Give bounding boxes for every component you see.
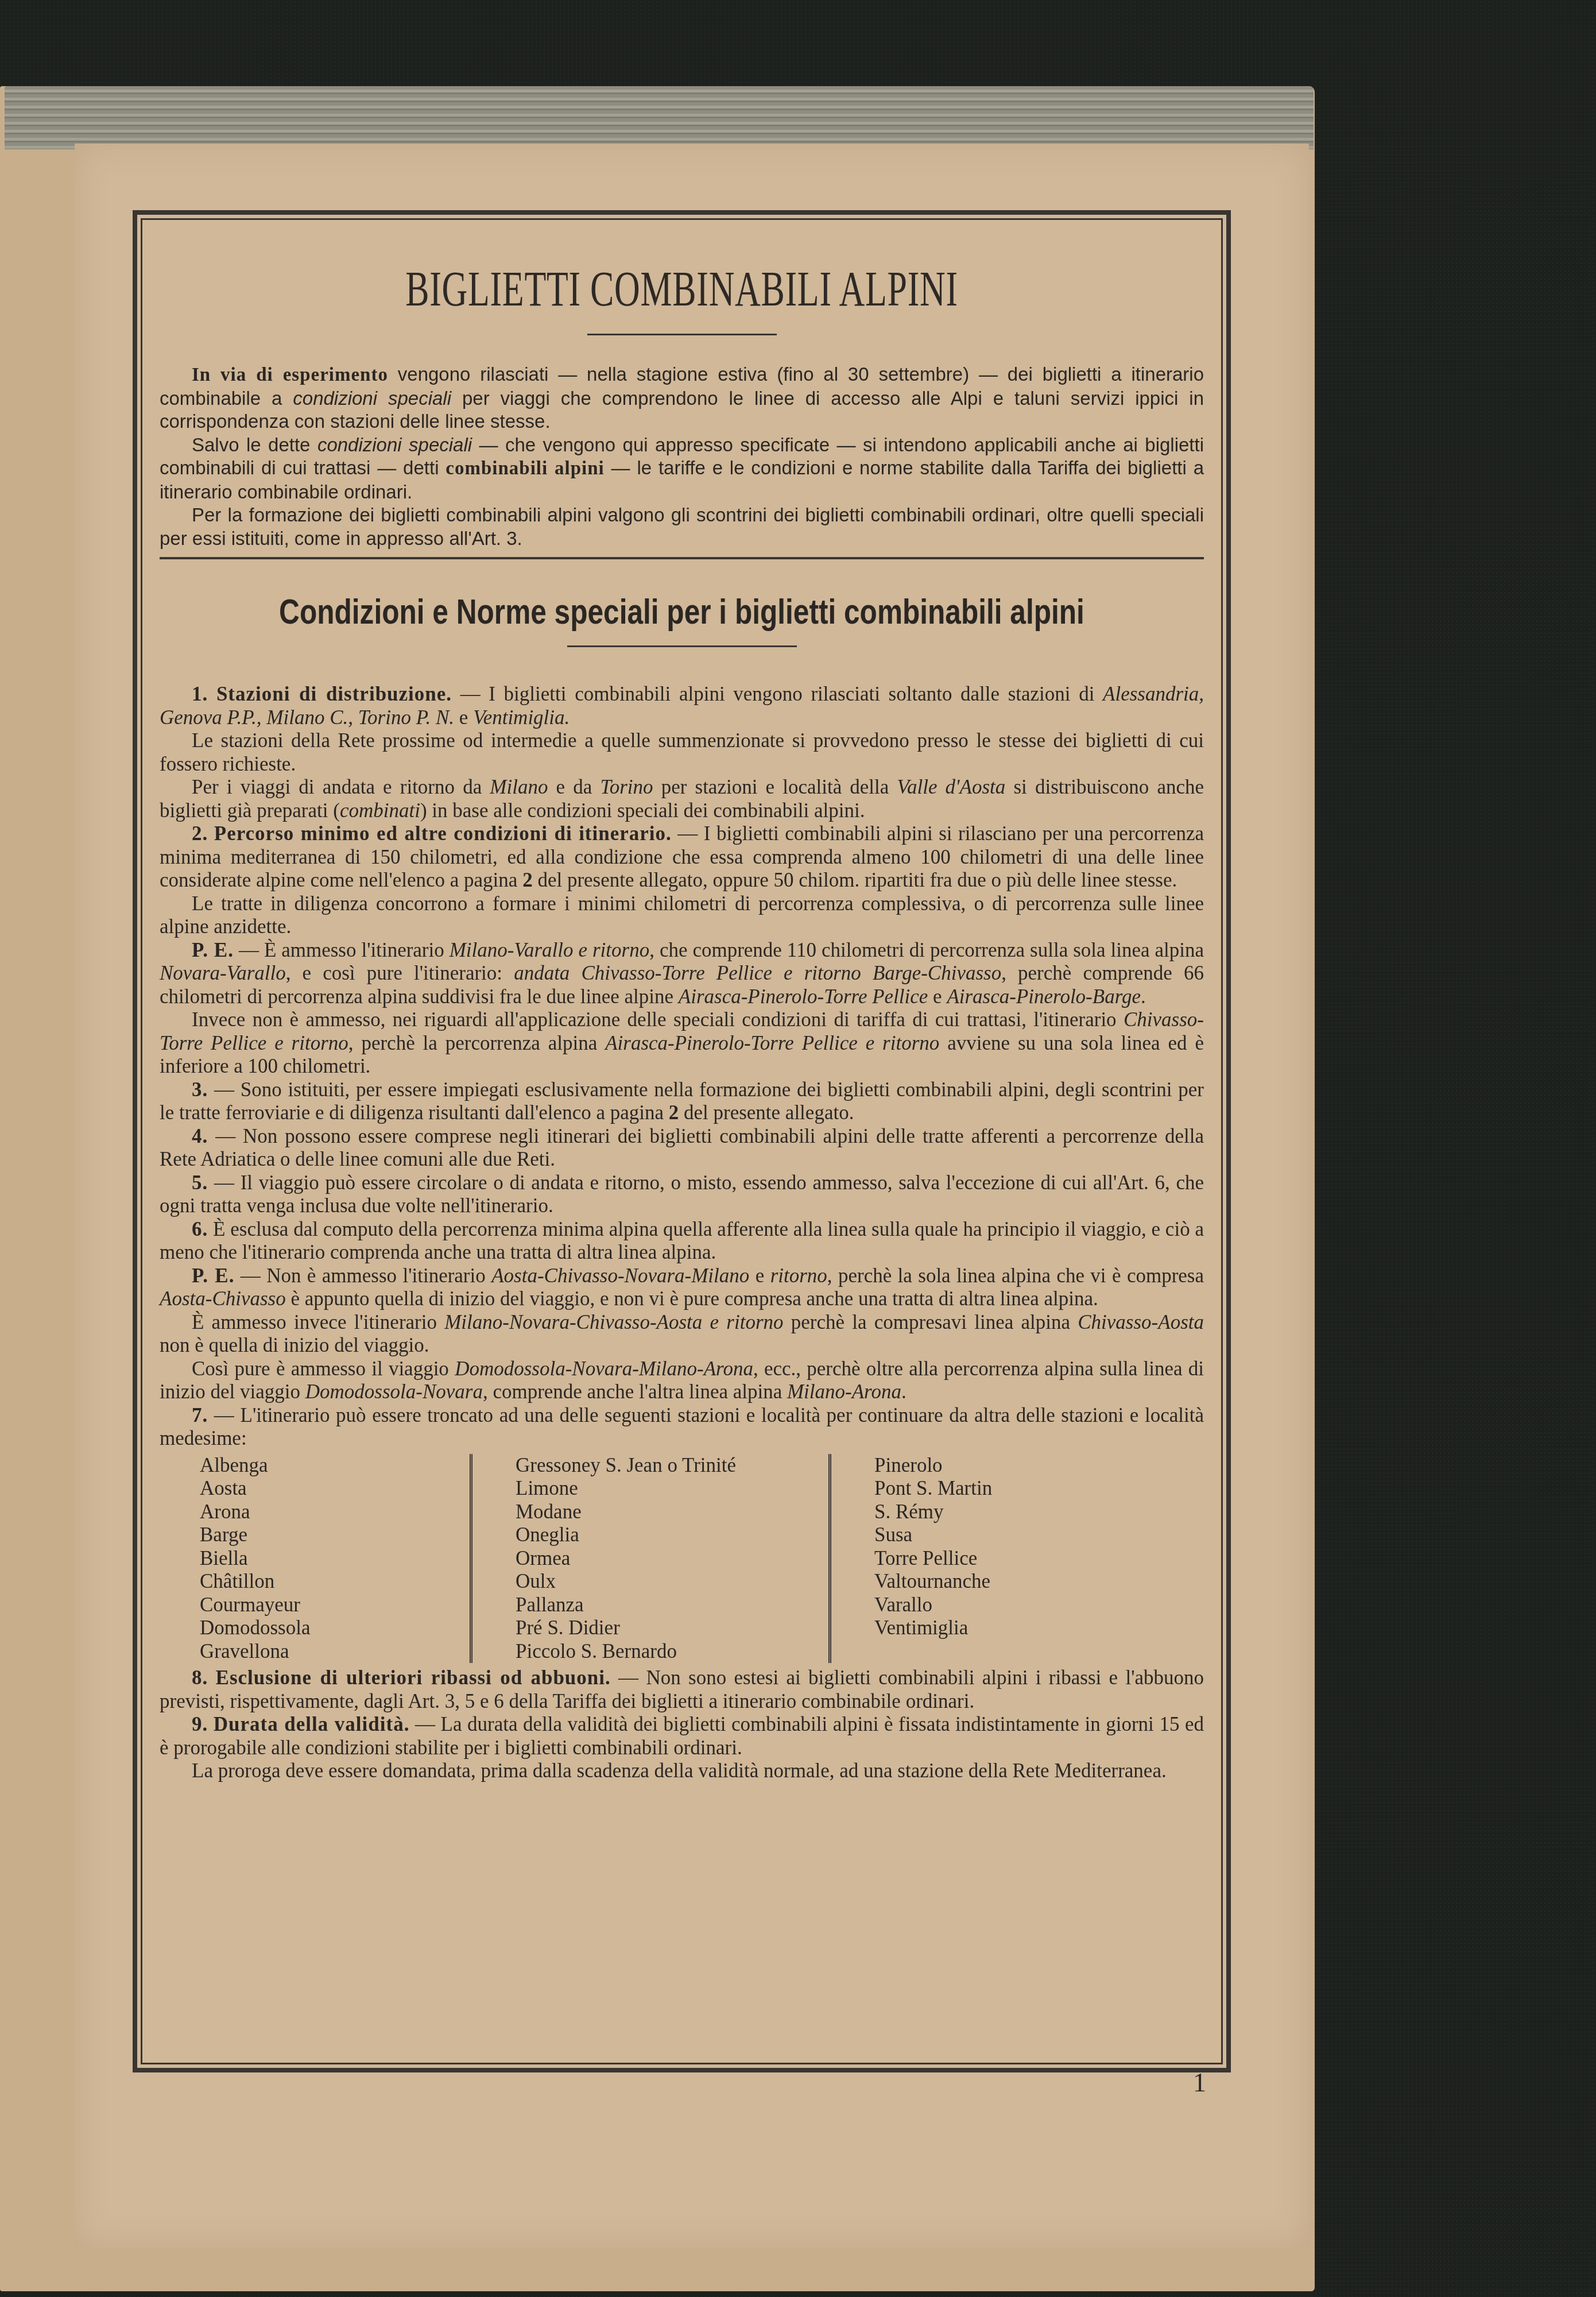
station-item: Albenga (200, 1454, 470, 1478)
article-1-title: Stazioni di distribuzione. (216, 683, 452, 705)
station-item: Biella (200, 1547, 470, 1571)
intro-section: In via di esperimento vengono rilasciati… (160, 363, 1204, 550)
article-6-example: P. E. — Non è ammesso l'itinerario Aosta… (160, 1264, 1204, 1311)
station-item: Modane (516, 1501, 828, 1524)
book-page-edges (5, 86, 1314, 149)
article-5: 5. — Il viaggio può essere circolare o d… (160, 1171, 1204, 1218)
station-item: Pont S. Martin (874, 1477, 992, 1501)
stations-column-2: Gressoney S. Jean o Trinité Limone Modan… (470, 1454, 831, 1664)
station-item: Pré S. Didier (516, 1617, 828, 1640)
station-item: Arona (200, 1501, 470, 1524)
station-item: Domodossola (200, 1617, 470, 1640)
station-item: Courmayeur (200, 1594, 470, 1617)
station-item: Aosta (200, 1477, 470, 1501)
intro-paragraph-3: Per la formazione dei biglietti combinab… (160, 504, 1204, 550)
article-9-paragraph-2: La proroga deve essere domandata, prima … (160, 1760, 1204, 1783)
article-2-title: Percorso minimo ed altre condizioni di i… (214, 822, 672, 845)
title-rule (587, 334, 777, 335)
station-item: Varallo (874, 1594, 992, 1617)
station-item: Barge (200, 1523, 470, 1547)
intro-lead: In via di esperimento (192, 365, 388, 385)
station-item: Pinerolo (874, 1454, 992, 1478)
intro-paragraph-2: Salvo le dette condizioni speciali — che… (160, 434, 1204, 504)
station-item: Piccolo S. Bernardo (516, 1640, 828, 1664)
article-9: 9. Durata della validità. — La durata de… (160, 1713, 1204, 1760)
article-9-title: Durata della validità. (214, 1713, 410, 1735)
article-1: 1. Stazioni di distribuzione. — I biglie… (160, 683, 1204, 729)
station-item: Gressoney S. Jean o Trinité (516, 1454, 828, 1478)
section-heading: Condizioni e Norme speciali per i biglie… (264, 589, 1099, 635)
article-3: 3. — Sono istituiti, per essere impiegat… (160, 1078, 1204, 1125)
station-item: S. Rémy (874, 1501, 992, 1524)
station-item: Oneglia (516, 1523, 828, 1547)
station-item: Pallanza (516, 1594, 828, 1617)
page-number: 1 (1193, 2067, 1206, 2098)
section-divider (160, 557, 1204, 559)
station-item: Ventimiglia (874, 1617, 992, 1640)
article-2: 2. Percorso minimo ed altre condizioni d… (160, 822, 1204, 892)
article-4: 4. — Non possono essere comprese negli i… (160, 1125, 1204, 1171)
station-item: Ormea (516, 1547, 828, 1571)
article-2-example: P. E. — È ammesso l'itinerario Milano-Va… (160, 939, 1204, 1009)
station-item: Gravellona (200, 1640, 470, 1664)
station-item: Valtournanche (874, 1570, 992, 1594)
stations-column-3: Pinerolo Pont S. Martin S. Rémy Susa Tor… (831, 1454, 992, 1664)
page-frame: BIGLIETTI COMBINABILI ALPINI In via di e… (141, 218, 1223, 2064)
article-6-paragraph-3: È ammesso invece l'itinerario Milano-Nov… (160, 1311, 1204, 1358)
article-1-paragraph-3: Per i viaggi di andata e ritorno da Mila… (160, 776, 1204, 822)
article-7: 7. — L'itinerario può essere troncato ad… (160, 1404, 1204, 1451)
article-2-paragraph-4: Invece non è ammesso, nei riguardi all'a… (160, 1008, 1204, 1078)
article-8-title: Esclusione di ulteriori ribassi od abbuo… (216, 1666, 611, 1689)
article-8: 8. Esclusione di ulteriori ribassi od ab… (160, 1666, 1204, 1713)
station-item: Limone (516, 1477, 828, 1501)
stations-table: Albenga Aosta Arona Barge Biella Châtill… (160, 1454, 1204, 1664)
article-2-paragraph-2: Le tratte in diligenza concorrono a form… (160, 892, 1204, 939)
station-item: Châtillon (200, 1570, 470, 1594)
station-item: Oulx (516, 1570, 828, 1594)
intro-paragraph-1: In via di esperimento vengono rilasciati… (160, 363, 1204, 434)
station-item: Torre Pellice (874, 1547, 992, 1571)
article-1-paragraph-2: Le stazioni della Rete prossime od inter… (160, 729, 1204, 776)
article-6: 6. È esclusa dal computo della percorren… (160, 1218, 1204, 1264)
document-title: BIGLIETTI COMBINABILI ALPINI (306, 260, 1058, 318)
heading-rule (567, 645, 797, 647)
article-6-paragraph-4: Così pure è ammesso il viaggio Domodosso… (160, 1358, 1204, 1404)
page-content: BIGLIETTI COMBINABILI ALPINI In via di e… (160, 220, 1204, 2063)
stations-column-1: Albenga Aosta Arona Barge Biella Châtill… (160, 1454, 470, 1664)
station-item: Susa (874, 1523, 992, 1547)
